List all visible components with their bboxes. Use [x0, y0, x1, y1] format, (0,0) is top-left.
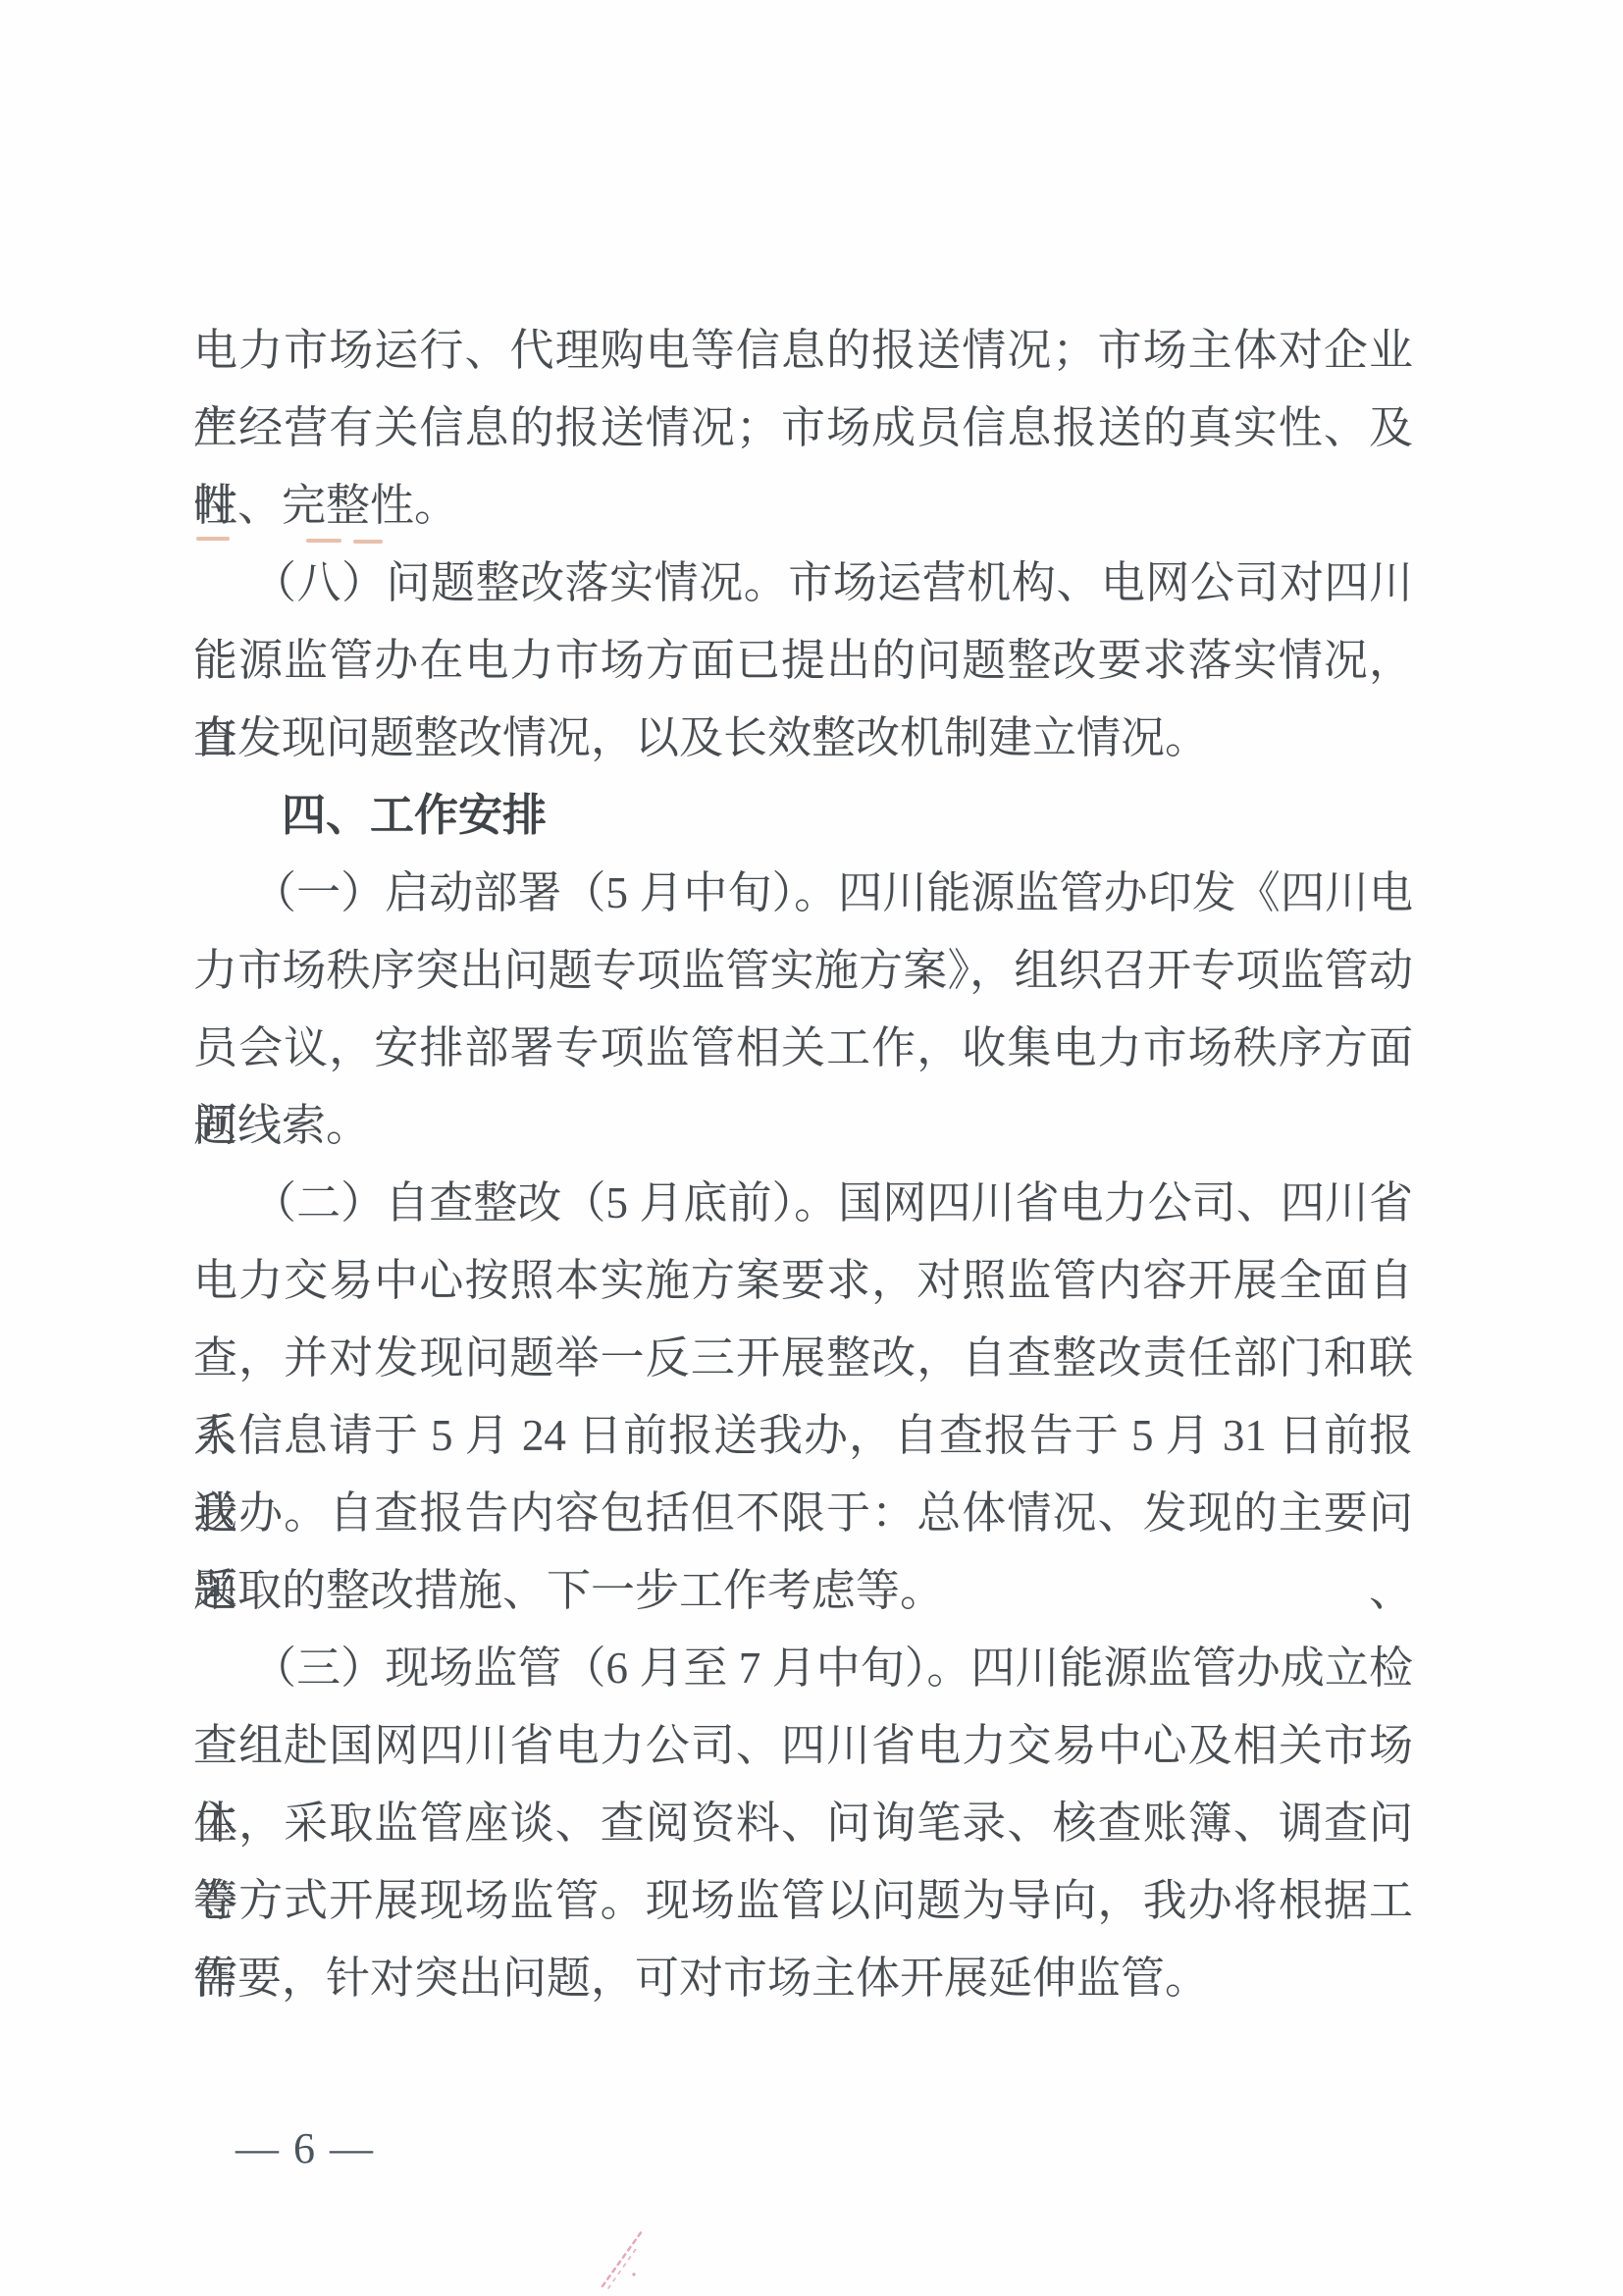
item-lead-line: （三）现场监管（6 月至 7 月中旬）。四川能源监管办成立检 — [193, 1630, 1413, 1707]
text-line: 查发现问题整改情况，以及长效整改机制建立情况。 — [193, 700, 1413, 777]
page-number: 6 — [293, 2122, 315, 2175]
text-line: 产经营有关信息的报送情况；市场成员信息报送的真实性、及时 — [193, 390, 1413, 467]
text-line: 我办。自查报告内容包括但不限于：总体情况、发现的主要问题、 — [193, 1475, 1413, 1552]
text-line: 人信息请于 5 月 24 日前报送我办，自查报告于 5 月 31 日前报送 — [193, 1397, 1413, 1475]
item-lead-line: （八）问题整改落实情况。市场运营机构、电网公司对四川 — [193, 545, 1413, 622]
page-number-footer: — 6 — — [236, 2122, 373, 2175]
text-line: 等方式开展现场监管。现场监管以问题为导向，我办将根据工作 — [193, 1862, 1413, 1940]
scan-artifact-underline — [353, 540, 383, 544]
document-body: 电力市场运行、代理购电等信息的报送情况；市场主体对企业生 产经营有关信息的报送情… — [193, 312, 1413, 2017]
item-lead-line: （二）自查整改（5 月底前）。国网四川省电力公司、四川省 — [193, 1165, 1413, 1242]
section-heading: 四、工作安排 — [193, 777, 1413, 855]
text-line: 电力交易中心按照本实施方案要求，对照监管内容开展全面自 — [193, 1242, 1413, 1320]
text-line: 查，并对发现问题举一反三开展整改，自查整改责任部门和联系 — [193, 1320, 1413, 1397]
text-line: 题线索。 — [193, 1087, 1413, 1165]
text-line: 需要，针对突出问题，可对市场主体开展延伸监管。 — [193, 1940, 1413, 2017]
text-line: 体，采取监管座谈、查阅资料、问询笔录、核查账簿、调查问卷 — [193, 1785, 1413, 1862]
text-line: 查组赴国网四川省电力公司、四川省电力交易中心及相关市场主 — [193, 1707, 1413, 1785]
item-lead-line: （一）启动部署（5 月中旬）。四川能源监管办印发《四川电 — [193, 855, 1413, 932]
text-line: 能源监管办在电力市场方面已提出的问题整改要求落实情况，自 — [193, 622, 1413, 700]
text-line: 员会议，安排部署专项监管相关工作，收集电力市场秩序方面问 — [193, 1010, 1413, 1087]
text-line: 力市场秩序突出问题专项监管实施方案》，组织召开专项监管动 — [193, 932, 1413, 1010]
text-line: 性、完整性。 — [193, 467, 1413, 545]
page-number-dash-left: — — [236, 2122, 279, 2175]
scan-artifact-pink-mark — [599, 2223, 652, 2292]
scan-artifact-underline — [196, 537, 230, 541]
page-number-dash-right: — — [330, 2122, 373, 2175]
document-page: 电力市场运行、代理购电等信息的报送情况；市场主体对企业生 产经营有关信息的报送情… — [0, 0, 1623, 2296]
scan-artifact-underline — [306, 539, 341, 543]
text-line: 电力市场运行、代理购电等信息的报送情况；市场主体对企业生 — [193, 312, 1413, 390]
